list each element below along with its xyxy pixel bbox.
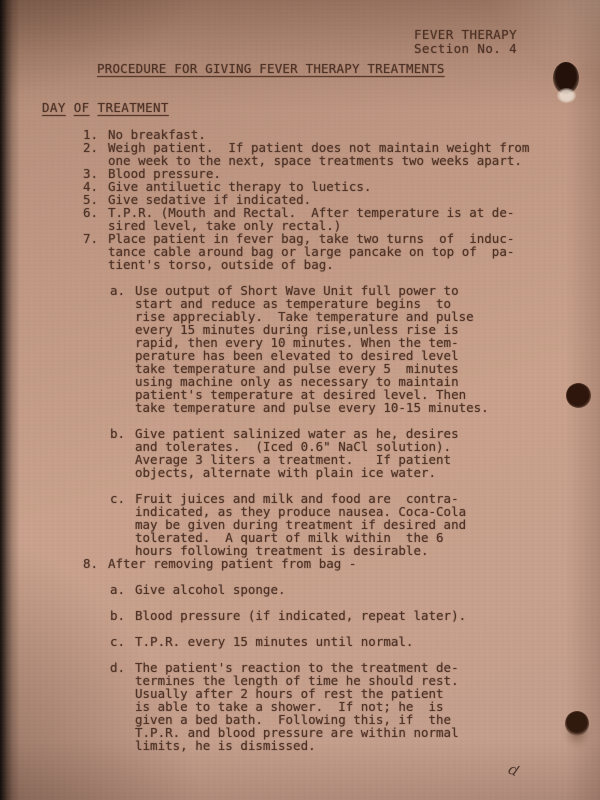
list-text: Weigh patient. If patient does not maint… <box>108 141 529 167</box>
section-heading: DAY OF TREATMENT <box>42 100 169 115</box>
punch-hole-top-highlight <box>557 88 576 103</box>
list-text: Blood pressure (if indicated, repeat lat… <box>135 609 466 622</box>
corner-label-line2: Section No. 4 <box>414 41 517 56</box>
list-marker: a. <box>110 284 135 414</box>
list-item-group: 7.Place patient in fever bag, take two t… <box>83 232 563 557</box>
sub-item-c: c.Fruit juices and milk and food are con… <box>110 492 563 557</box>
sub-item-a: a.Give alcohol sponge. <box>110 583 563 596</box>
sub-item-b: b.Blood pressure (if indicated, repeat l… <box>110 609 563 622</box>
scanned-document-page: FEVER THERAPYSection No. 4 PROCEDURE FOR… <box>0 0 600 800</box>
section-heading-word: TREATMENT <box>98 100 169 115</box>
sub-item-d: d.The patient's reaction to the treatmen… <box>110 661 563 752</box>
punch-hole-middle <box>566 383 591 408</box>
list-text: T.P.R. every 15 minutes until normal. <box>135 635 413 648</box>
section-heading-word: DAY <box>42 100 66 115</box>
list-text: After removing patient from bag - <box>108 557 356 570</box>
corner-label: FEVER THERAPYSection No. 4 <box>414 28 517 55</box>
list-marker: b. <box>110 427 135 479</box>
list-marker: a. <box>110 583 135 596</box>
list-marker: c. <box>110 635 135 648</box>
list-marker: 6. <box>83 206 108 232</box>
procedure-list: 1.No breakfast.2.Weigh patient. If patie… <box>83 128 563 752</box>
list-marker: b. <box>110 609 135 622</box>
list-text: T.P.R. (Mouth and Rectal. After temperat… <box>108 206 514 232</box>
sub-list: a.Use output of Short Wave Unit full pow… <box>110 284 563 557</box>
list-marker: 2. <box>83 141 108 167</box>
list-text: Give alcohol sponge. <box>135 583 286 596</box>
sub-item-b: b.Give patient salinized water as he, de… <box>110 427 563 479</box>
document-title: PROCEDURE FOR GIVING FEVER THERAPY TREAT… <box>97 61 445 76</box>
item-8: 8.After removing patient from bag - <box>83 557 563 570</box>
item-6: 6.T.P.R. (Mouth and Rectal. After temper… <box>83 206 563 232</box>
list-item-group: 6.T.P.R. (Mouth and Rectal. After temper… <box>83 206 563 232</box>
list-marker: 8. <box>83 557 108 570</box>
list-item-group: 2.Weigh patient. If patient does not mai… <box>83 141 563 167</box>
punch-hole-bottom <box>565 711 589 736</box>
list-item-group: 8.After removing patient from bag -a.Giv… <box>83 557 563 752</box>
list-text: Use output of Short Wave Unit full power… <box>135 284 489 414</box>
list-text: Give patient salinized water as he, desi… <box>135 427 459 479</box>
list-text: Place patient in fever bag, take two tur… <box>108 232 514 271</box>
item-7: 7.Place patient in fever bag, take two t… <box>83 232 563 271</box>
list-text: The patient's reaction to the treatment … <box>135 661 459 752</box>
list-marker: c. <box>110 492 135 557</box>
list-text: Fruit juices and milk and food are contr… <box>135 492 466 557</box>
list-marker: d. <box>110 661 135 752</box>
item-2: 2.Weigh patient. If patient does not mai… <box>83 141 563 167</box>
sub-item-c: c.T.P.R. every 15 minutes until normal. <box>110 635 563 648</box>
section-heading-word: OF <box>74 100 90 115</box>
sub-item-a: a.Use output of Short Wave Unit full pow… <box>110 284 563 414</box>
sub-list: a.Give alcohol sponge.b.Blood pressure (… <box>110 583 563 752</box>
handwritten-mark: p <box>505 762 521 782</box>
list-marker: 7. <box>83 232 108 271</box>
